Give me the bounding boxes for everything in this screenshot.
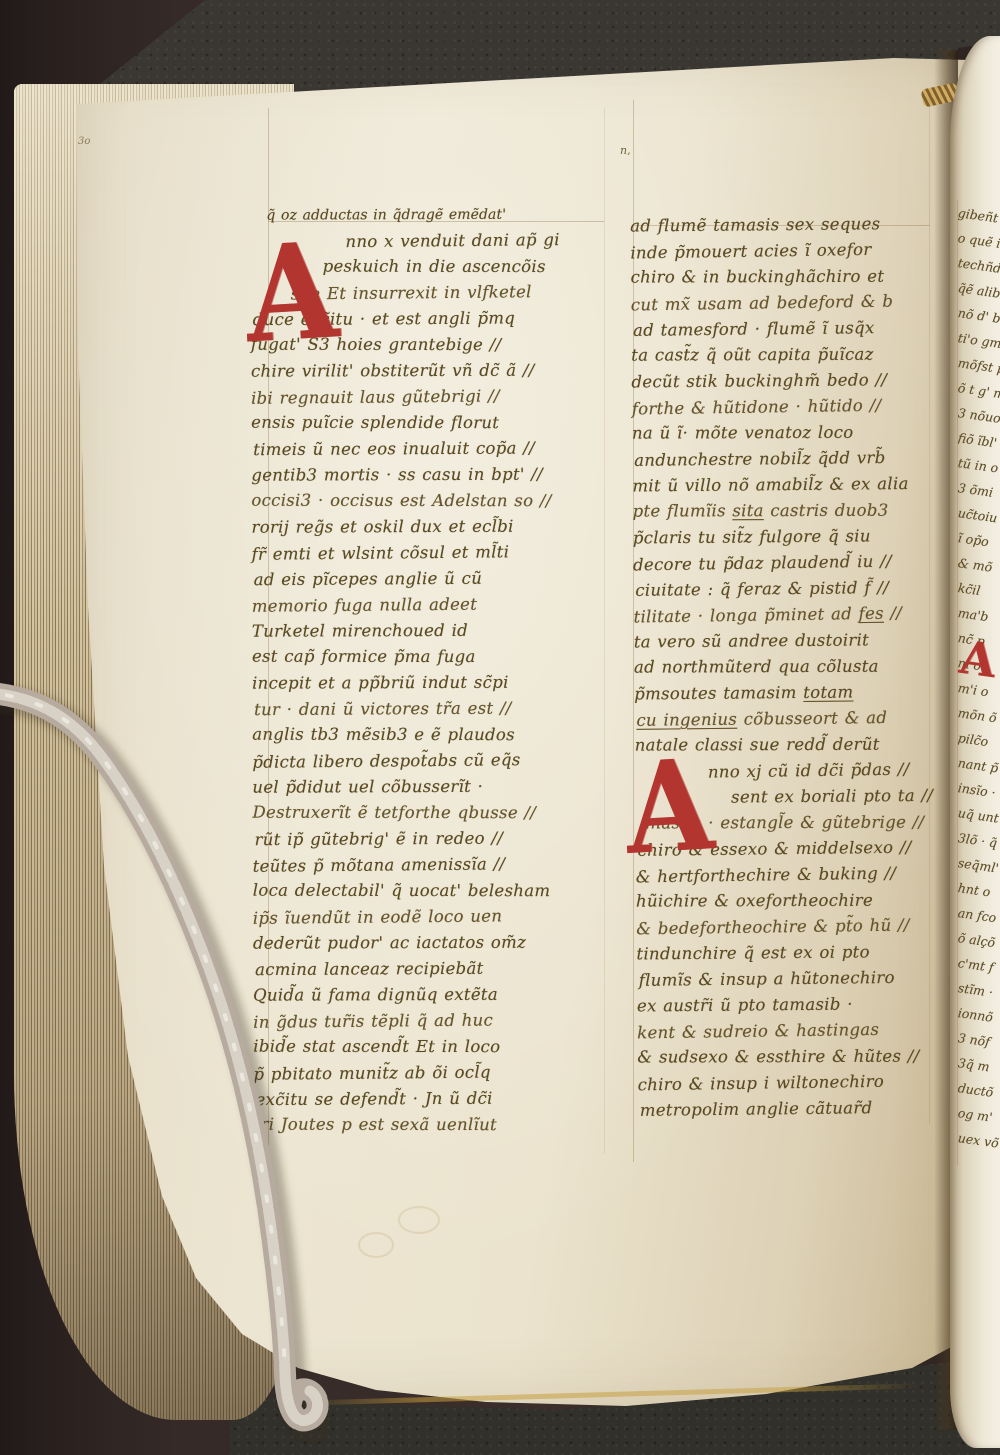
- manuscript-text-line: forthe & hũtidone · hũtido //: [632, 392, 962, 423]
- manuscript-text-line: p̃ pbitato munit̃z ab õi ocl̃q: [253, 1058, 625, 1088]
- manuscript-text-line: Destruxerĩt ẽ tetforthe qbusse //: [252, 800, 624, 827]
- manuscript-text-line: uel p̃didut uel cõbusserĩt ·: [252, 773, 624, 800]
- manuscript-text-line: chiro & in buckinghãchiro et: [631, 263, 961, 290]
- manuscript-text-line: incepit et a pp̃briũ indut sc̃pi: [252, 669, 624, 696]
- manuscript-text-line: timeis ũ nec eos inualuit cop̃a //: [253, 435, 625, 463]
- manuscript-text-line: est cap̃ formice p̃ma fuga: [252, 644, 624, 671]
- manuscript-text-line: & bedefortheochire & pt̃o hũ //: [636, 912, 966, 943]
- caret-mark: n,: [620, 144, 631, 157]
- manuscript-text-line: tilitate · longa p̃minet ad fes //: [633, 600, 963, 631]
- manuscript-text-line: exc̃itu se defend̃t · Jn ũ dc̃i: [255, 1085, 627, 1113]
- manuscript-text-line: rũt ip̃ gũtebrig' ẽ in redeo //: [255, 825, 627, 853]
- manuscript-text-line: Turketel mirenchoued id: [252, 617, 624, 644]
- manuscript-text-line: nno xj cũ id dc̃i p̃das //: [708, 756, 965, 786]
- manuscript-text-line: ensis puĩcie splendide florut: [251, 410, 623, 437]
- facing-text-fragment: uex võ: [957, 1125, 1000, 1156]
- manuscript-text-line: kent & sudreio & hastingas: [637, 1016, 967, 1047]
- manuscript-text-line: dederũt pudor' ac iactatos om̃z: [253, 929, 625, 956]
- manuscript-text-line: sent ex boriali pto ta //: [731, 783, 965, 811]
- manuscript-text-line: decũt stik buckinghm̃ bedo //: [631, 367, 961, 396]
- manuscript-text-line: memorio fuga nulla adeet: [252, 590, 624, 620]
- manuscript-text-line: cu ingenius cõbusseort & ad: [636, 704, 966, 734]
- manuscript-text-line: tur · dani ũ victores tr̃a est //: [254, 695, 626, 723]
- manuscript-text-line: ibi regnauit laus gũtebrigi //: [251, 382, 623, 412]
- manuscript-text-line: ex austr̃i ũ pto tamasib ·: [637, 991, 967, 1020]
- manuscript-text-line: Quid̃a ũ fama dignũq extẽta: [253, 981, 625, 1008]
- manuscript-text-line: teũtes p̃ mõtana amenissĩa //: [253, 850, 625, 880]
- manuscript-text-line: na ũ ĩ· mõte venatoz loco: [632, 419, 962, 446]
- manuscript-text-line: ibid̃e stat ascend̃t Et in loco: [253, 1034, 625, 1061]
- manuscript-text-line: acmina lanceaz recipiebãt: [255, 955, 627, 983]
- manuscript-text-line: p̃msoutes tamasim totam: [634, 679, 964, 708]
- manuscript-text-line: fr̃ emti et wlsint cõsul et ml̃ti: [251, 538, 623, 568]
- manuscript-text-line: ip̃s ĩuendũt in eodẽ loco uen: [253, 902, 625, 932]
- manuscript-text-line: occisi3 · occisus est Adelstan so //: [251, 488, 623, 515]
- manuscript-text-line: gentib3 mortis · ss casu in bpt' //: [251, 461, 623, 488]
- manuscript-text-line: sue Et insurrexit in vlfketel: [291, 278, 623, 307]
- rubric-initial-left: A: [243, 234, 340, 352]
- parchment-stain: [358, 1232, 394, 1258]
- manuscript-text-line: hũichire & oxefortheochire: [636, 887, 966, 914]
- parchment-stain: [398, 1206, 440, 1234]
- manuscript-text-line: anglis tb3 mẽsib3 e ẽ plaudos: [252, 722, 624, 749]
- manuscript-text-line: ad flumẽ tamasis sex seques: [630, 211, 960, 240]
- manuscript-text-line: ta vero sũ andree dustoirit: [634, 627, 964, 656]
- manuscript-text-line: mit ũ villo nõ amabil̃z & ex alia: [632, 471, 962, 500]
- manuscript-photo: 3o n, q̃ oz adductas in q̃dragẽ emẽdat'n…: [0, 0, 1000, 1455]
- manuscript-text-line: p̃dicta libero despot̃abs cũ eq̃s: [252, 746, 624, 776]
- manuscript-text-line: tindunchire q̃ est ex oi pto: [636, 939, 966, 968]
- manuscript-text-line: ad northmũterd qua cõlusta: [634, 653, 964, 680]
- manuscript-text-line: loca delectabil' q̃ uocat' belesham: [253, 878, 625, 905]
- manuscript-text-line: p̃claris tu sit̃z fulgore q̃ siu: [633, 523, 963, 552]
- rubric-initial-right: A: [624, 752, 716, 864]
- manuscript-text-line: & sudsexo & essthire & hũtes //: [637, 1043, 967, 1070]
- manuscript-text-line: metropolim anglie cãtuar̃d: [640, 1094, 970, 1124]
- facing-rubric-initial: A: [957, 638, 998, 682]
- right-text-column: ad flumẽ tamasis sex sequesinde p̃mouert…: [630, 211, 968, 1124]
- manuscript-text-line: ad eis pĩcepes anglie ũ cũ: [254, 565, 626, 593]
- manuscript-text-line: in g̃dus tur̃is tẽpli q̃ ad huc: [253, 1006, 625, 1036]
- manuscript-text-line: pte flumĩis sita castris duob3: [633, 497, 963, 524]
- manuscript-text-line: rorij reg̃s et oskil dux et ecl̃bi: [251, 513, 623, 540]
- manuscript-text-line: tri Joutes p est sexã uenlĩut: [254, 1112, 626, 1139]
- manuscript-text-line: nno x venduit dani ap̃ gi: [345, 227, 622, 256]
- manuscript-text-line: ta cast̃z q̃ oũt capita p̃uĩcaz: [631, 341, 961, 368]
- folio-mark: 3o: [78, 136, 90, 147]
- manuscript-text-line: peskuich in die ascencõis: [323, 254, 623, 281]
- manuscript-text-line: inde p̃mouert acies ĩ oxefor: [630, 236, 960, 267]
- manuscript-text-line: andunchestre nobil̃z q̃dd vrb̃: [634, 444, 964, 474]
- manuscript-text-line: ad tamesford · flumẽ ĩ usq̃x: [633, 314, 963, 344]
- manuscript-text-line: flumĩs & insup a hũtonechiro: [639, 964, 969, 994]
